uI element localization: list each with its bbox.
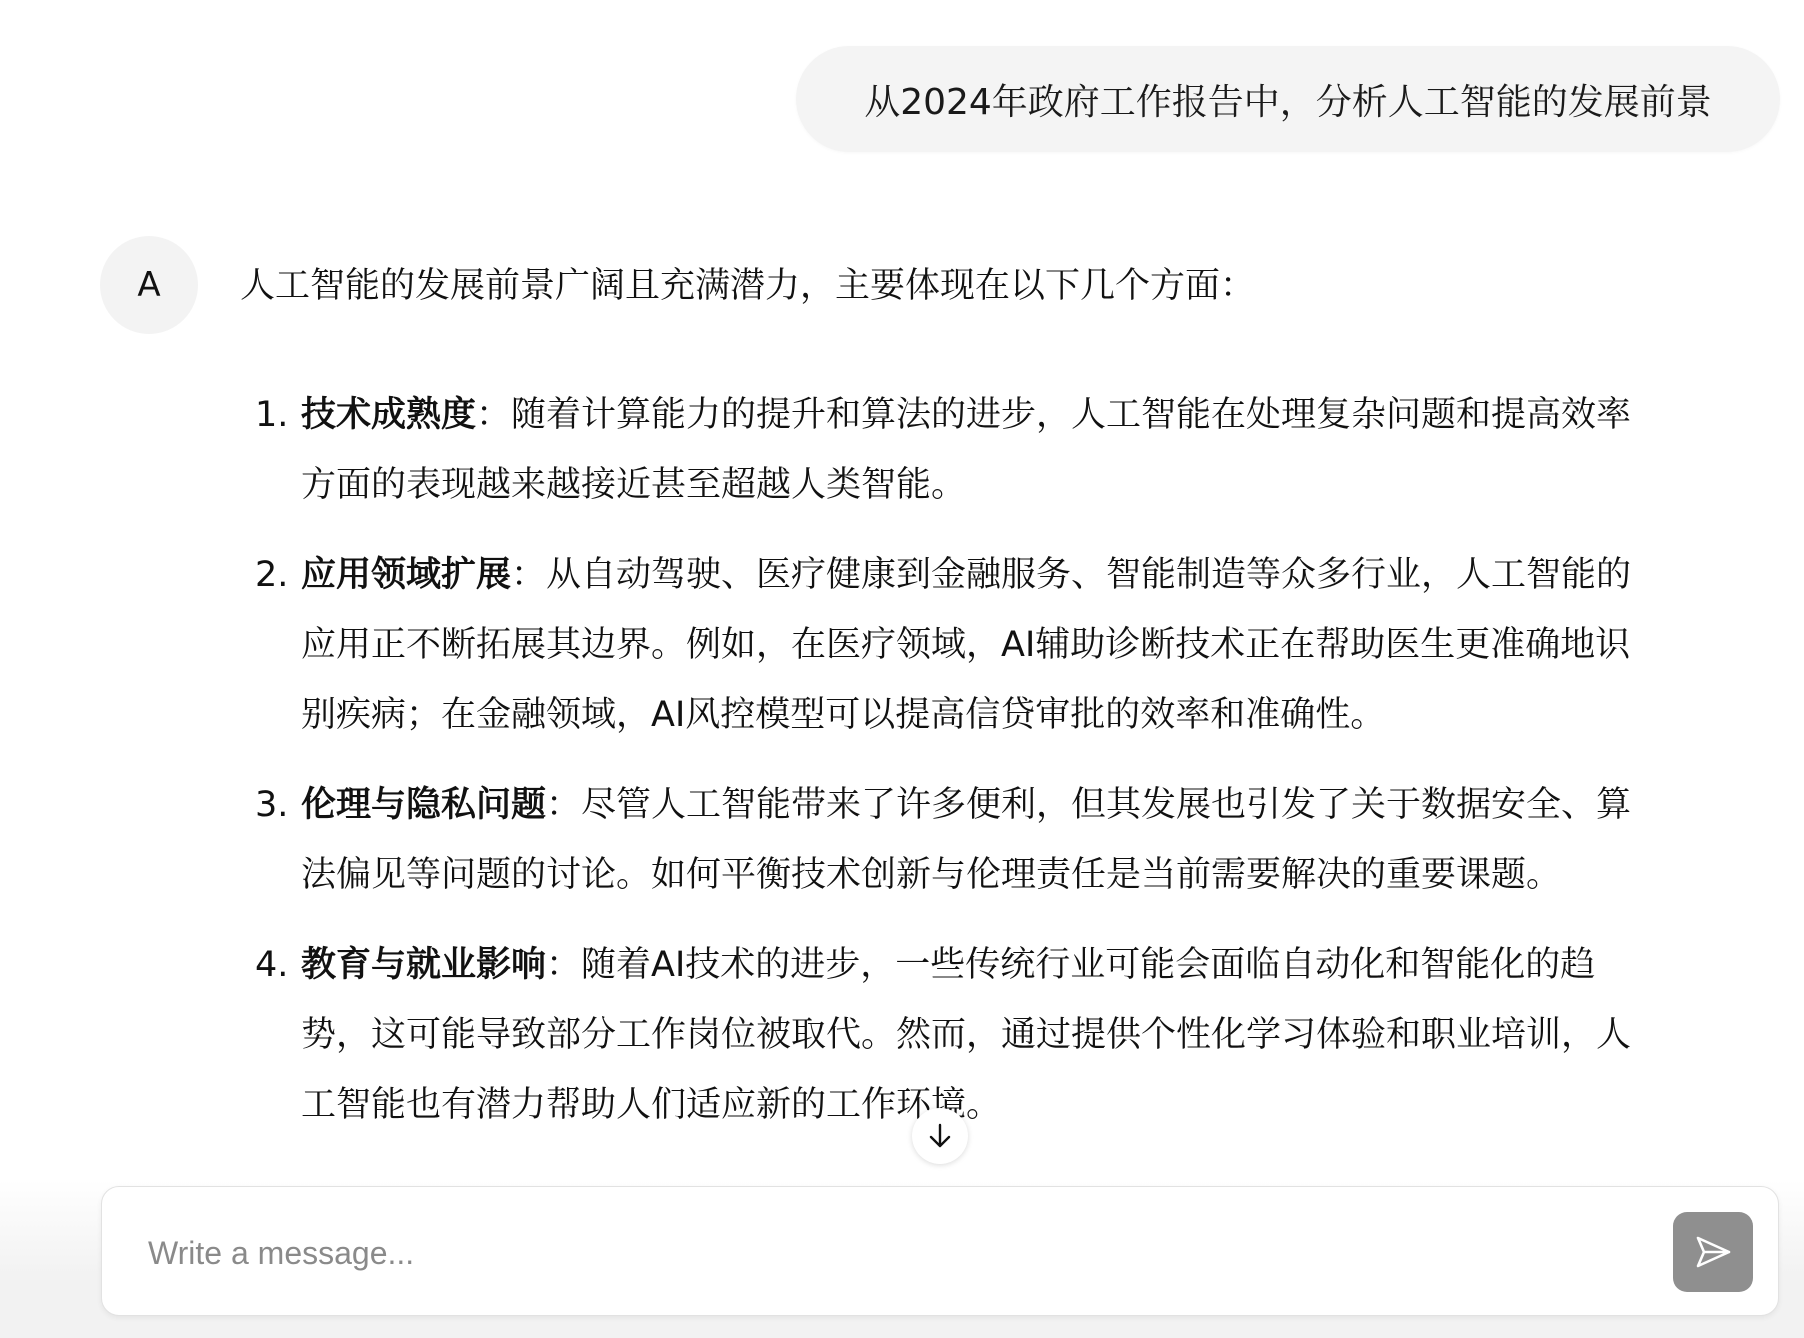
separator: ： <box>476 395 511 435</box>
list-item-title: 技术成熟度 <box>301 395 476 435</box>
separator: ： <box>546 785 581 825</box>
list-item-title: 伦理与隐私问题 <box>301 785 546 825</box>
list-number: 3. <box>255 770 301 910</box>
list-number: 1. <box>255 380 301 520</box>
list-item: 4. 教育与就业影响：随着AI技术的进步，一些传统行业可能会面临自动化和智能化的… <box>255 930 1655 1140</box>
assistant-intro: 人工智能的发展前景广阔且充满潜力，主要体现在以下几个方面： <box>240 262 1255 310</box>
list-item-title: 教育与就业影响 <box>301 945 546 985</box>
paper-plane-icon <box>1694 1235 1732 1269</box>
message-composer <box>101 1186 1779 1316</box>
list-item: 1. 技术成熟度：随着计算能力的提升和算法的进步，人工智能在处理复杂问题和提高效… <box>255 380 1655 520</box>
list-item-title: 应用领域扩展 <box>301 555 511 595</box>
list-item: 2. 应用领域扩展：从自动驾驶、医疗健康到金融服务、智能制造等众多行业，人工智能… <box>255 540 1655 750</box>
assistant-avatar: A <box>100 236 198 334</box>
avatar-letter: A <box>137 265 160 305</box>
send-button[interactable] <box>1673 1212 1753 1292</box>
message-input[interactable] <box>146 1227 1630 1279</box>
separator: ： <box>511 555 546 595</box>
user-message-bubble: 从2024年政府工作报告中，分析人工智能的发展前景 <box>796 46 1780 152</box>
list-item: 3. 伦理与隐私问题：尽管人工智能带来了许多便利，但其发展也引发了关于数据安全、… <box>255 770 1655 910</box>
user-message-text: 从2024年政府工作报告中，分析人工智能的发展前景 <box>864 74 1712 125</box>
arrow-down-icon <box>927 1122 953 1150</box>
list-number: 4. <box>255 930 301 1140</box>
list-number: 2. <box>255 540 301 750</box>
assistant-list: 1. 技术成熟度：随着计算能力的提升和算法的进步，人工智能在处理复杂问题和提高效… <box>255 380 1655 1160</box>
scroll-to-bottom-button[interactable] <box>912 1108 968 1164</box>
separator: ： <box>546 945 581 985</box>
